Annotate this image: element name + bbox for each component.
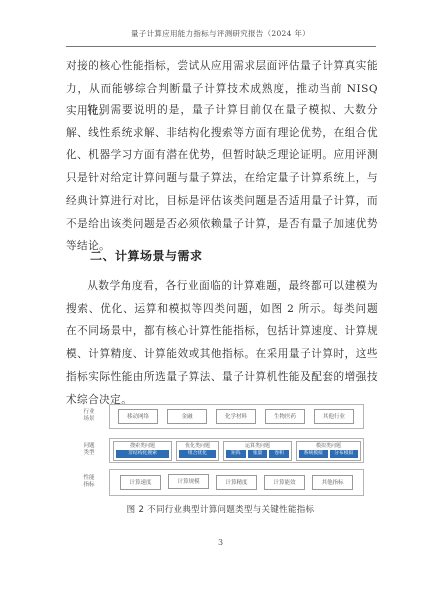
chip-tensor: 张量 — [248, 450, 268, 458]
metric-efficiency: 计算能效 — [264, 475, 305, 490]
row-label-problem-type: 问题 类型 — [76, 443, 102, 457]
group-simulation: 模拟类问题 系统模拟 分布模拟 — [296, 441, 361, 461]
page-number: 3 — [0, 538, 441, 547]
problem-type-row: 搜索类问题 非结构化搜索 优化类问题 组合优化 运算类问题 矩阵 张量 卷积 模… — [109, 438, 364, 463]
industry-mobile-network: 移动网络 — [118, 409, 158, 424]
paragraph-2: 特别需要说明的是，量子计算目前仅在量子模拟、大数分解、线性系统求解、非结构化搜索… — [66, 99, 378, 258]
figure-caption: 图 2 不同行业典型计算问题类型与关键性能指标 — [0, 503, 441, 515]
section-heading: 二、计算场景与需求 — [90, 247, 203, 264]
row-label-metrics: 性能 指标 — [76, 475, 102, 489]
chip-convolution: 卷积 — [269, 450, 289, 458]
figure-2-diagram: 行业 场景 移动网络 金融 化学材料 生物医药 其他行业 问题 类型 搜索类问题… — [76, 400, 376, 498]
metrics-row: 计算速度 计算规模 计算精度 计算能效 其他指标 — [109, 469, 364, 496]
industry-row: 移动网络 金融 化学材料 生物医药 其他行业 — [109, 404, 364, 429]
header-divider — [66, 46, 376, 47]
paragraph-3: 从数学角度看，各行业面临的计算难题，最终都可以建模为搜索、优化、运算和模拟等四类… — [66, 275, 378, 411]
group-computation: 运算类问题 矩阵 张量 卷积 — [223, 441, 292, 461]
running-header: 量子计算应用能力指标与评测研究报告（2024 年） — [0, 28, 441, 39]
chip-unstructured-search: 非结构化搜索 — [116, 450, 169, 458]
chip-distribution-simulation: 分布模拟 — [330, 450, 359, 458]
metric-other: 其他指标 — [312, 475, 353, 490]
industry-chemical-materials: 化学材料 — [216, 409, 256, 424]
chip-combinatorial-optimization: 组合优化 — [179, 450, 216, 458]
metric-precision: 计算精度 — [216, 475, 257, 490]
row-label-industry: 行业 场景 — [76, 409, 102, 423]
group-optimization: 优化类问题 组合优化 — [176, 441, 219, 461]
industry-other: 其他行业 — [314, 409, 354, 424]
chip-system-simulation: 系统模拟 — [299, 450, 328, 458]
chip-matrix: 矩阵 — [226, 450, 246, 458]
industry-biomedicine: 生物医药 — [265, 409, 305, 424]
group-search: 搜索类问题 非结构化搜索 — [113, 441, 172, 461]
metric-speed: 计算速度 — [120, 475, 161, 490]
industry-finance: 金融 — [167, 409, 207, 424]
metric-scale: 计算规模 — [168, 474, 209, 489]
